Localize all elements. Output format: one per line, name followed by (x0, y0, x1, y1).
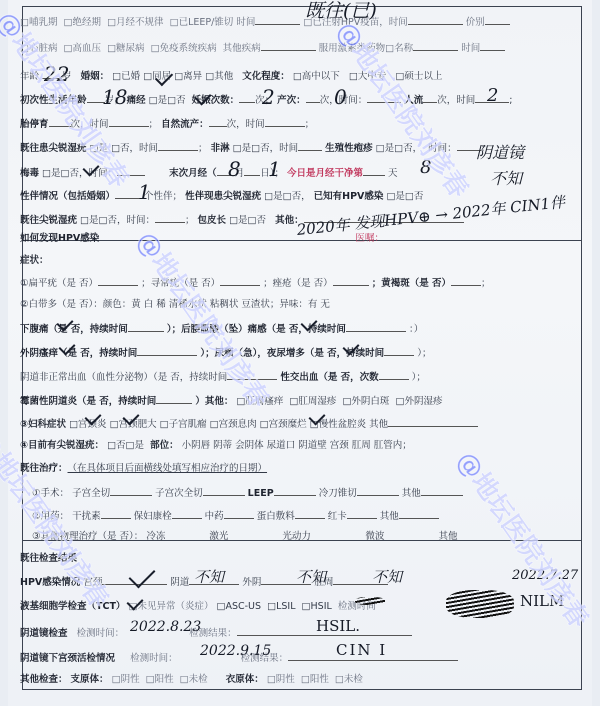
condyloma-yes-checkbox[interactable]: □是 (90, 142, 108, 156)
current-condyloma-checkbox[interactable]: □否□是 (107, 439, 144, 453)
colposcopy-time-label: 检测时间： (77, 627, 125, 641)
biopsy-time-label: 检测时间： (130, 652, 178, 666)
valence-label: 价别 (466, 16, 485, 30)
medication-label: ②用药： (32, 510, 69, 524)
abdominal-pain-field[interactable]: 下腹痛（是 否，持续时间 (20, 323, 128, 337)
treatment-title-row: 既往治疗：（在具体项目后面横线处填写相应治疗的日期） (20, 462, 584, 476)
heart-disease-checkbox[interactable]: □心脏病 (20, 42, 57, 56)
abnormal-bleeding-field[interactable]: 阴道非正常出血（血性分泌物）（是 否，持续时间 (20, 371, 227, 385)
chlamydia-label: 衣原体： (226, 673, 264, 687)
hormone-checkbox[interactable]: 服用激素类药物□名称 (319, 42, 413, 56)
uterine-fibroid-checkbox[interactable]: □子宫肌瘤 (160, 418, 207, 432)
symptoms-row-4: 外阴瘙痒（是 否，持续时间 ）；尿频（急），夜尿增多（是 否，持续时间 ）； (20, 345, 584, 361)
vulvar-itch-field[interactable]: 外阴瘙痒（是 否，持续时间 (20, 347, 137, 361)
herpes-checkbox[interactable]: □是□否， (376, 142, 422, 156)
lmp-month-value[interactable]: 8 (228, 157, 241, 181)
cervical-polyp-checkbox[interactable]: □宫颈息肉 (210, 418, 257, 432)
symptoms-row-5: 阴道非正常出血（血性分泌物）（是 否，持续时间 性交出血（是 否，次数 ）； (20, 369, 584, 385)
cryo-field[interactable]: 冷冻 (146, 530, 206, 544)
colposcopy-label: 阴道镜检查 (20, 627, 68, 641)
header-row-2: □心脏病 □高血压 □糖尿病 □免疫系统疾病 其他疾病 服用激素类药物□名称 时… (20, 40, 584, 56)
marriage-other-checkbox[interactable]: □其他 (205, 70, 233, 84)
pregnancy-value[interactable]: 2 (262, 85, 275, 109)
interferon-field[interactable]: 干扰素 (72, 510, 101, 524)
clean-days-unit: 天 (388, 167, 398, 181)
past-condyloma-checkbox[interactable]: □是□否，时间： (80, 214, 155, 228)
symptoms-title: 症状： (20, 254, 584, 268)
anal-eczema-checkbox[interactable]: □肛周湿疹 (289, 395, 336, 409)
gonorrhea-checkbox[interactable]: □是□否，时间 (233, 142, 298, 156)
tct-ascus-checkbox[interactable]: □ASC-US (216, 600, 261, 614)
divorced-checkbox[interactable]: □离异 (174, 70, 202, 84)
mycoplasma-label: 支原体： (71, 673, 109, 687)
syphilis-checkbox[interactable]: □是□否，时间： (42, 167, 117, 181)
age-value[interactable]: 22 (44, 62, 69, 86)
hormone-time-label: 时间 (461, 42, 480, 56)
tct-result-value[interactable]: NILM (520, 592, 564, 610)
natural-abortion-label: 自然流产： (161, 118, 209, 132)
miscarriage-row: 胎停育次，时间； 自然流产：次，时间； (20, 116, 584, 132)
partner-condyloma-label: 性伴现患尖锐湿疣 (185, 190, 261, 204)
biopsy-label: 阴道镜下宫颈活检情况 (20, 652, 115, 666)
physical-other-field[interactable]: 其他 (438, 530, 457, 544)
chla-positive-checkbox[interactable]: □阳性 (301, 673, 329, 687)
other-exam-label: 其他检查： (20, 673, 68, 687)
foreskin-checkbox[interactable]: □是□否 (229, 214, 266, 228)
first-sex-age-value[interactable]: 18 (102, 85, 127, 109)
biopsy-result-value[interactable]: CIN I (336, 641, 387, 659)
vulvar-leukoplakia-checkbox[interactable]: □外阴白斑 (342, 395, 389, 409)
herpes-time-label: 时间： (428, 142, 457, 156)
partner-label: 性伴情况（包括婚姻） (20, 190, 115, 204)
common-wart-field[interactable]: ；寻常疣（是 否） (141, 277, 220, 291)
colposcopy-time-value[interactable]: 2022.8.23 (130, 619, 201, 635)
chla-untested-checkbox[interactable]: □未检 (335, 673, 363, 687)
diabetes-checkbox[interactable]: □糖尿病 (107, 42, 144, 56)
physical-therapy-label: ③其他物理治疗（是 否）： (32, 530, 143, 544)
hypertension-checkbox[interactable]: □高血压 (64, 42, 101, 56)
melasma-field[interactable]: ；黄褐斑（是 否） (372, 277, 451, 291)
herpes-label: 生殖性疱疹 (325, 142, 373, 156)
hpv-vagina-value[interactable]: 不知 (194, 566, 224, 587)
gyn-other-label: 其他 (369, 418, 388, 432)
gyn-symptoms-label: ③妇科症状 (20, 418, 66, 432)
exam-title: 既往检查结果 (20, 552, 584, 566)
cold-knife-field[interactable]: 冷刀锥切 (319, 487, 357, 501)
scribbled-out-date (446, 590, 514, 618)
header-row-1: □哺乳期 □绝经期 □月经不规律 □已LEEP/锥切 时间 □已注射HPV疫苗，… (20, 14, 584, 30)
colposcopy-result-value[interactable]: HSIL. (316, 617, 360, 635)
condyloma-history-label: 既往患尖锐湿疣 (20, 142, 87, 156)
surgery-row: ①手术： 子宫全切 子宫次全切 LEEP 冷刀锥切 其他 (32, 485, 584, 501)
immune-disease-checkbox[interactable]: □免疫系统疾病 (151, 42, 217, 56)
abortion-suffix: 次，时间 (437, 94, 475, 108)
syphilis-label: 梅毒 (20, 167, 39, 181)
leep-checkbox[interactable]: □已LEEP/锥切 时间 (170, 16, 256, 30)
menopause-checkbox[interactable]: □绝经期 (64, 16, 101, 30)
microwave-field[interactable]: 微波 (365, 530, 435, 544)
acne-field[interactable]: ；痤疮（是 否） (263, 277, 333, 291)
edu-college-checkbox[interactable]: □大中专 (349, 70, 386, 84)
age-label: 年龄 (20, 70, 39, 84)
symptoms-row-6: 霉菌性阴道炎（是 否，持续时间 ）其他： □肛周瘙痒 □肛周湿疹 □外阴白斑 □… (20, 393, 584, 409)
known-hpv-handwritten: 不知 (490, 166, 522, 189)
tcm-field[interactable]: 中药 (205, 510, 224, 524)
gonorrhea-label: 非淋 (211, 142, 230, 156)
symptoms-row-7: ③妇科症状 □宫颈炎 □宫颈肥大 □子宫肌瘤 □宫颈息肉 □宫颈糜烂 □慢性盆腔… (20, 416, 584, 432)
surgery-other-field[interactable]: 其他 (402, 487, 421, 501)
other-disease-label: 其他疾病 (223, 42, 261, 56)
myco-negative-checkbox[interactable]: □阴性 (112, 673, 140, 687)
biopsy-time-value[interactable]: 2022.9.15 (200, 643, 271, 659)
birth-value[interactable]: 0 (334, 85, 347, 109)
row3-end: ：） (409, 323, 423, 337)
partner-count-value[interactable]: 1 (138, 180, 151, 204)
foreskin-label: 包皮长 (198, 214, 227, 228)
other-symptoms-label: ）其他： (195, 395, 233, 409)
condyloma-no-checkbox[interactable]: □否，时间 (111, 142, 158, 156)
handwritten-top-note: 既往(已) (305, 0, 377, 23)
marriage-label: 婚姻： (81, 70, 110, 84)
hysterectomy-field[interactable]: 子宫全切 (72, 487, 110, 501)
medication-other-field[interactable]: 其他 (380, 510, 399, 524)
age-row: 年龄 岁 婚姻： □已婚 □同居 □离异 □其他 文化程度： □高中以下 □大中… (20, 68, 584, 84)
hpv-cervix-label: 宫颈 (83, 576, 102, 590)
baofukang-field[interactable]: 保妇康栓 (134, 510, 172, 524)
clean-days-label: 今日是月经干净第 (287, 167, 363, 181)
frequent-urination-field[interactable]: ）；尿频（急），夜尿增多（是 否，持续时间 (200, 347, 384, 361)
lmp-label: 末次月经（ (169, 167, 217, 181)
medication-row: ②用药： 干扰素 保妇康栓 中药 蛋白敷料 红卡 其他 (32, 508, 584, 524)
hpv-vulva-label: 外阴 (242, 576, 261, 590)
dysmenorrhea-checkbox[interactable]: □是□否 (149, 94, 186, 108)
stop-suffix: 次，时间 (71, 118, 109, 132)
myco-positive-checkbox[interactable]: □阳性 (146, 673, 174, 687)
abortion-value[interactable]: 2 (487, 85, 498, 106)
dysmenorrhea-label: 痛经 (127, 94, 146, 108)
treatment-title: 既往治疗： (20, 462, 68, 476)
anal-itch-checkbox[interactable]: □肛周瘙痒 (236, 395, 283, 409)
abortion-label: 人流 (404, 94, 423, 108)
myco-untested-checkbox[interactable]: □未检 (180, 673, 208, 687)
education-label: 文化程度： (242, 70, 290, 84)
row5-end: ）； (412, 371, 426, 385)
back-pain-field[interactable]: ）；后腰骶酸（坠）痛感（是 否，持续时间 (167, 323, 346, 337)
known-hpv-label: 已知有HPV感染 (314, 190, 384, 204)
subtotal-hysterectomy-field[interactable]: 子宫次全切 (155, 487, 203, 501)
vulvar-eczema-checkbox[interactable]: □外阴湿疹 (395, 395, 442, 409)
fungal-vaginitis-field[interactable]: 霉菌性阴道炎（是 否，持续时间 (20, 395, 156, 409)
first-sex-label: 初次性生活年龄 (20, 94, 87, 108)
site-label: 部位： (150, 439, 179, 453)
tct-hsil-checkbox[interactable]: □HSIL (302, 600, 332, 614)
colposcopy-row: 阴道镜检查 检测时间： 检测结果： (20, 625, 584, 641)
treatment-note: （在具体项目后面横线处填写相应治疗的日期） (68, 462, 268, 476)
hongka-field[interactable]: 红卡 (328, 510, 347, 524)
hpv-anal-value[interactable]: 不知 (372, 566, 402, 587)
past-condyloma-label: 既往尖锐湿疣 (20, 214, 77, 228)
breastfeeding-checkbox[interactable]: □哺乳期 (20, 16, 57, 30)
symptoms-row-8: ④目前有尖锐湿疣： □否□是 部位： 小阴唇 阴蒂 会阴体 尿道口 阴道壁 宫颈… (20, 439, 584, 453)
other-exam-row: 其他检查： 支原体： □阴性 □阳性 □未检 衣原体： □阴性 □阳性 □未检 (20, 673, 584, 687)
leep-field[interactable]: LEEP (248, 487, 274, 501)
surgery-label: ①手术： (32, 487, 69, 501)
coital-bleeding-field[interactable]: 性交出血（是 否，次数 (280, 371, 378, 385)
advice-label: 医嘱： (355, 232, 384, 246)
symptoms-row-1: ①扁平疣（是 否） ；寻常疣（是 否） ；痤疮（是 否） ；黄褐斑（是 否）； (20, 275, 584, 291)
lmp-day-value[interactable]: 1 (268, 157, 281, 181)
edu-master-checkbox[interactable]: □硕士以上 (395, 70, 442, 84)
pdt-field[interactable]: 光动力 (282, 530, 362, 544)
partner-condyloma-checkbox[interactable]: □是□否， (264, 190, 310, 204)
handwritten-colposcopy-note: 阴道镜 (476, 140, 524, 163)
symptoms-row-2[interactable]: ②白带多（是 否）：颜色：黄 白 稀 清稀水状 粘稠状 豆渣状；异味：有 无 (20, 298, 584, 312)
laser-field[interactable]: 激光 (209, 530, 279, 544)
tct-label: 液基细胞学检查（TCT） (20, 600, 125, 614)
hpv-discovery-label: 如何发现HPV感染 (20, 232, 99, 246)
current-condyloma-label: ④目前有尖锐湿疣： (20, 439, 104, 453)
hsil-scribble (355, 597, 385, 605)
physical-therapy-row: ③其他物理治疗（是 否）： 冷冻 激光 光动力 微波 其他 (32, 530, 584, 544)
edu-highschool-checkbox[interactable]: □高中以下 (293, 70, 340, 84)
hpv-date-value[interactable]: 2022.7.27 (512, 568, 578, 583)
site-options[interactable]: 小阴唇 阴蒂 会阴体 尿道口 阴道壁 宫颈 肛周 肛管内； (182, 439, 412, 453)
married-checkbox[interactable]: □已婚 (112, 70, 140, 84)
natural-abortion-suffix: 次，时间 (227, 118, 265, 132)
hpv-infection-label: HPV感染情况 (20, 576, 80, 590)
row4-end: ）； (417, 347, 431, 361)
birth-label: 产次： (277, 94, 306, 108)
tct-lsil-checkbox[interactable]: □LSIL (267, 600, 295, 614)
protein-dressing-field[interactable]: 蛋白敷料 (257, 510, 295, 524)
clean-days-value[interactable]: 8 (420, 157, 431, 178)
cervical-erosion-checkbox[interactable]: □宫颈糜烂 (260, 418, 307, 432)
known-hpv-checkbox[interactable]: □是□否 (386, 190, 423, 204)
irregular-menses-checkbox[interactable]: □月经不规律 (107, 16, 163, 30)
biopsy-row: 阴道镜下宫颈活检情况 检测时间： 检测结果： (20, 650, 584, 666)
chla-negative-checkbox[interactable]: □阴性 (267, 673, 295, 687)
stop-label: 胎停育 (20, 118, 49, 132)
flat-wart-field[interactable]: ①扁平疣（是 否） (20, 277, 98, 291)
hpv-vagina-label: 阴道 (170, 576, 189, 590)
hpv-vulva-value[interactable]: 不知 (296, 566, 326, 587)
